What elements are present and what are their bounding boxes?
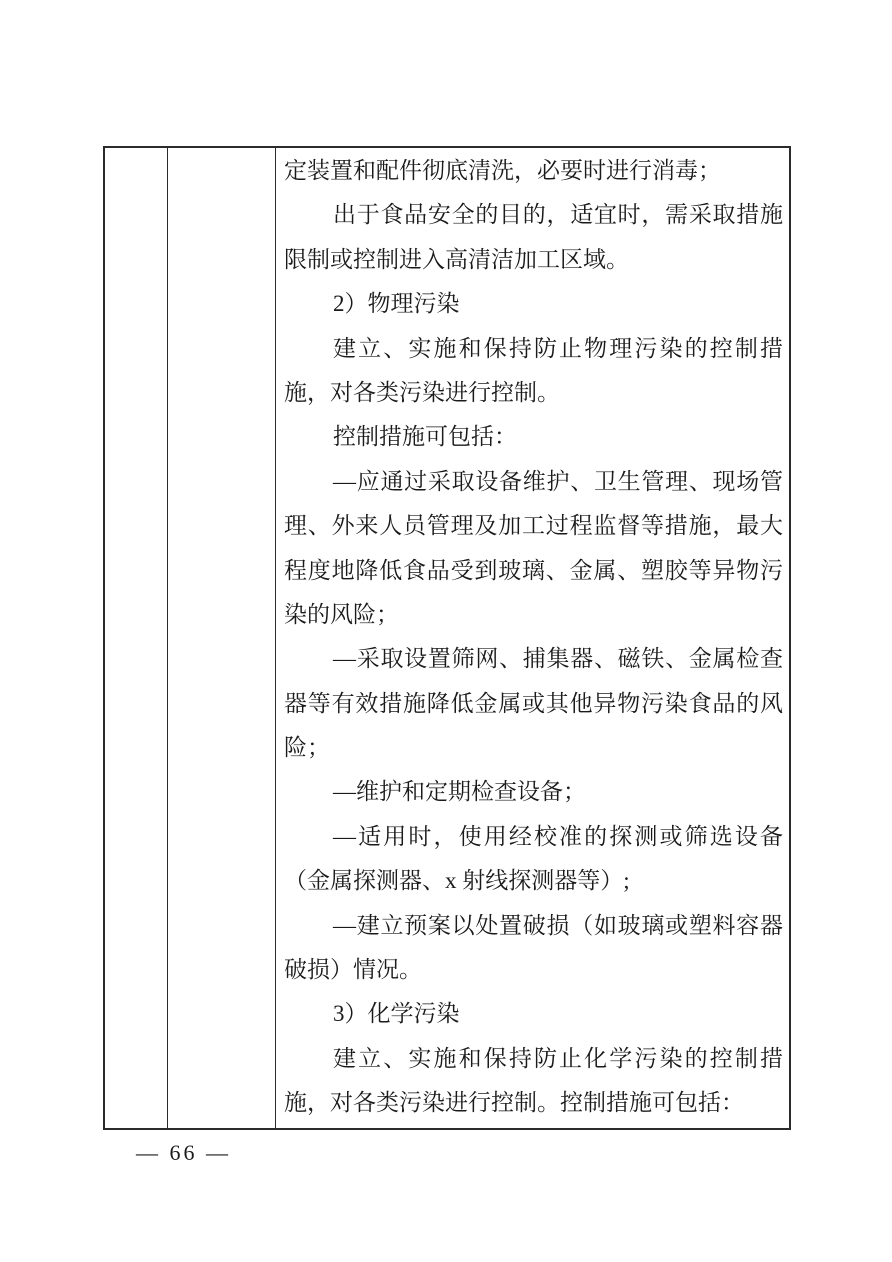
text-line: 定装置和配件彻底清洗，必要时进行消毒； [284, 149, 783, 193]
text-line: —适用时，使用经校准的探测或筛选设备 [284, 815, 783, 859]
table-column-empty-1 [105, 148, 168, 1128]
text-line: —维护和定期检查设备； [284, 770, 783, 814]
text-line: 染的风险； [284, 593, 783, 637]
text-line: 控制措施可包括： [284, 415, 783, 459]
text-line: 建立、实施和保持防止物理污染的控制措 [284, 327, 783, 371]
text-line: 2）物理污染 [284, 282, 783, 326]
text-line: 险； [284, 726, 783, 770]
content-table: 定装置和配件彻底清洗，必要时进行消毒；出于食品安全的目的，适宜时，需采取措施限制… [103, 146, 791, 1130]
text-line: —建立预案以处置破损（如玻璃或塑料容器 [284, 904, 783, 948]
table-text-column: 定装置和配件彻底清洗，必要时进行消毒；出于食品安全的目的，适宜时，需采取措施限制… [276, 148, 789, 1128]
page-number: — 66 — [136, 1140, 231, 1166]
document-page: 定装置和配件彻底清洗，必要时进行消毒；出于食品安全的目的，适宜时，需采取措施限制… [0, 0, 892, 1262]
text-line: 3）化学污染 [284, 992, 783, 1036]
text-line: —采取设置筛网、捕集器、磁铁、金属检查 [284, 637, 783, 681]
text-line: 破损）情况。 [284, 948, 783, 992]
text-line: 建立、实施和保持防止化学污染的控制措 [284, 1037, 783, 1081]
text-line: 器等有效措施降低金属或其他异物污染食品的风 [284, 682, 783, 726]
text-line: 施，对各类污染进行控制。控制措施可包括： [284, 1081, 783, 1125]
text-line: （金属探测器、x 射线探测器等）; [284, 859, 783, 903]
text-line: 理、外来人员管理及加工过程监督等措施，最大 [284, 504, 783, 548]
text-line: 程度地降低食品受到玻璃、金属、塑胶等异物污 [284, 549, 783, 593]
text-line: 限制或控制进入高清洁加工区域。 [284, 238, 783, 282]
table-column-empty-2 [168, 148, 276, 1128]
text-line: 出于食品安全的目的，适宜时，需采取措施 [284, 193, 783, 237]
text-line: 施，对各类污染进行控制。 [284, 371, 783, 415]
text-line: —应通过采取设备维护、卫生管理、现场管 [284, 460, 783, 504]
